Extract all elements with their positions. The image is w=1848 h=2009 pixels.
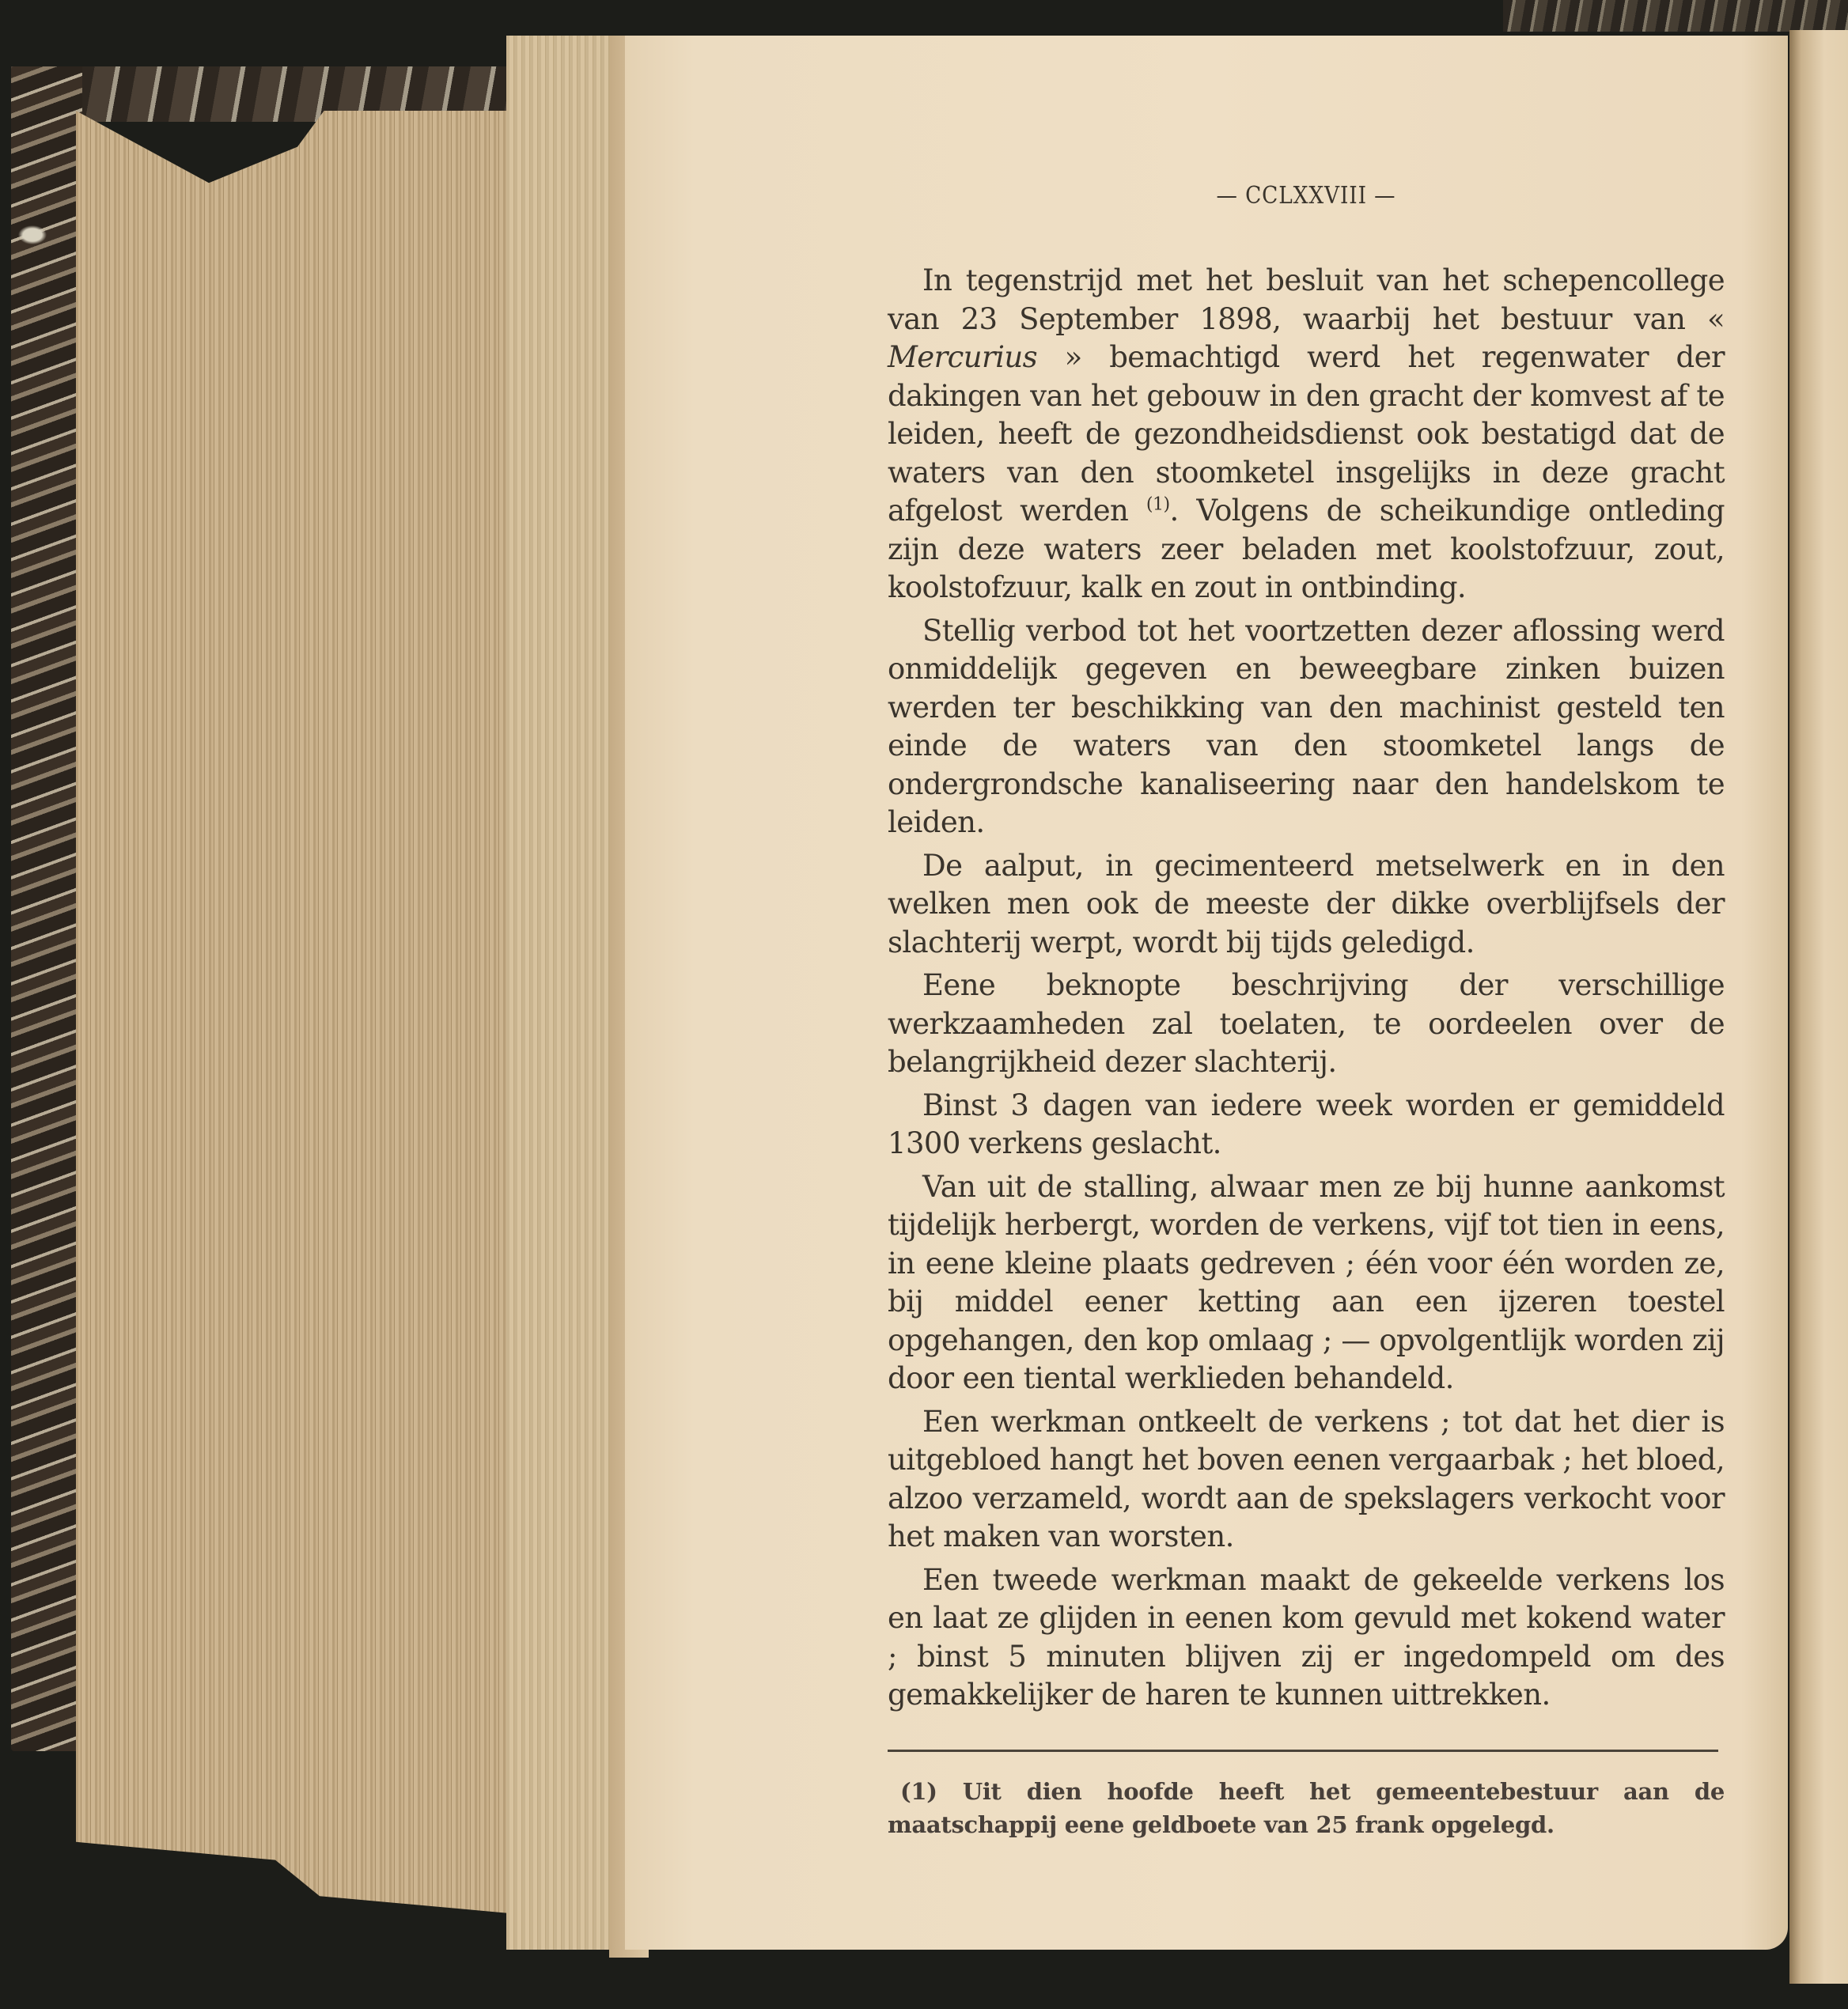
paragraph-4: Eene beknopte beschrijving der verschill… <box>888 967 1725 1082</box>
paragraph-1-text-a: In tegenstrijd met het besluit van het s… <box>888 263 1725 336</box>
paragraph-3: De aalput, in gecimenteerd metselwerk en… <box>888 847 1725 963</box>
page-stack-edges-inner <box>506 36 625 1950</box>
italic-mercurius: Mercurius <box>888 340 1037 374</box>
footnote-text: Uit dien hoofde heeft het gemeentebestuu… <box>888 1778 1725 1838</box>
marbled-cover-left <box>11 66 82 1751</box>
paragraph-7: Een werkman ontkeelt de verkens ; tot da… <box>888 1403 1725 1557</box>
page-stack-edges <box>76 111 519 1914</box>
facing-page-edge <box>1789 30 1848 1984</box>
paragraph-8: Een tweede werkman maakt de gekeelde ver… <box>888 1561 1725 1715</box>
book-cover-top-edge <box>1503 0 1848 32</box>
footnote-reference[interactable]: (1) <box>1146 494 1170 515</box>
paragraph-2: Stellig verbod tot het voortzetten dezer… <box>888 612 1725 842</box>
page-text-block: — CCLXXVIII — In tegenstrijd met het bes… <box>888 182 1725 1864</box>
footnote-marker: (1) <box>900 1778 937 1805</box>
paragraph-5: Binst 3 dagen van iedere week worden er … <box>888 1087 1725 1163</box>
paragraph-1: In tegenstrijd met het besluit van het s… <box>888 262 1725 607</box>
page-number-heading: — CCLXXVIII — <box>937 182 1674 210</box>
footnote: (1) Uit dien hoofde heeft het gemeentebe… <box>888 1775 1725 1841</box>
footnote-divider <box>888 1750 1718 1752</box>
paragraph-6: Van uit de stalling, alwaar men ze bij h… <box>888 1168 1725 1398</box>
